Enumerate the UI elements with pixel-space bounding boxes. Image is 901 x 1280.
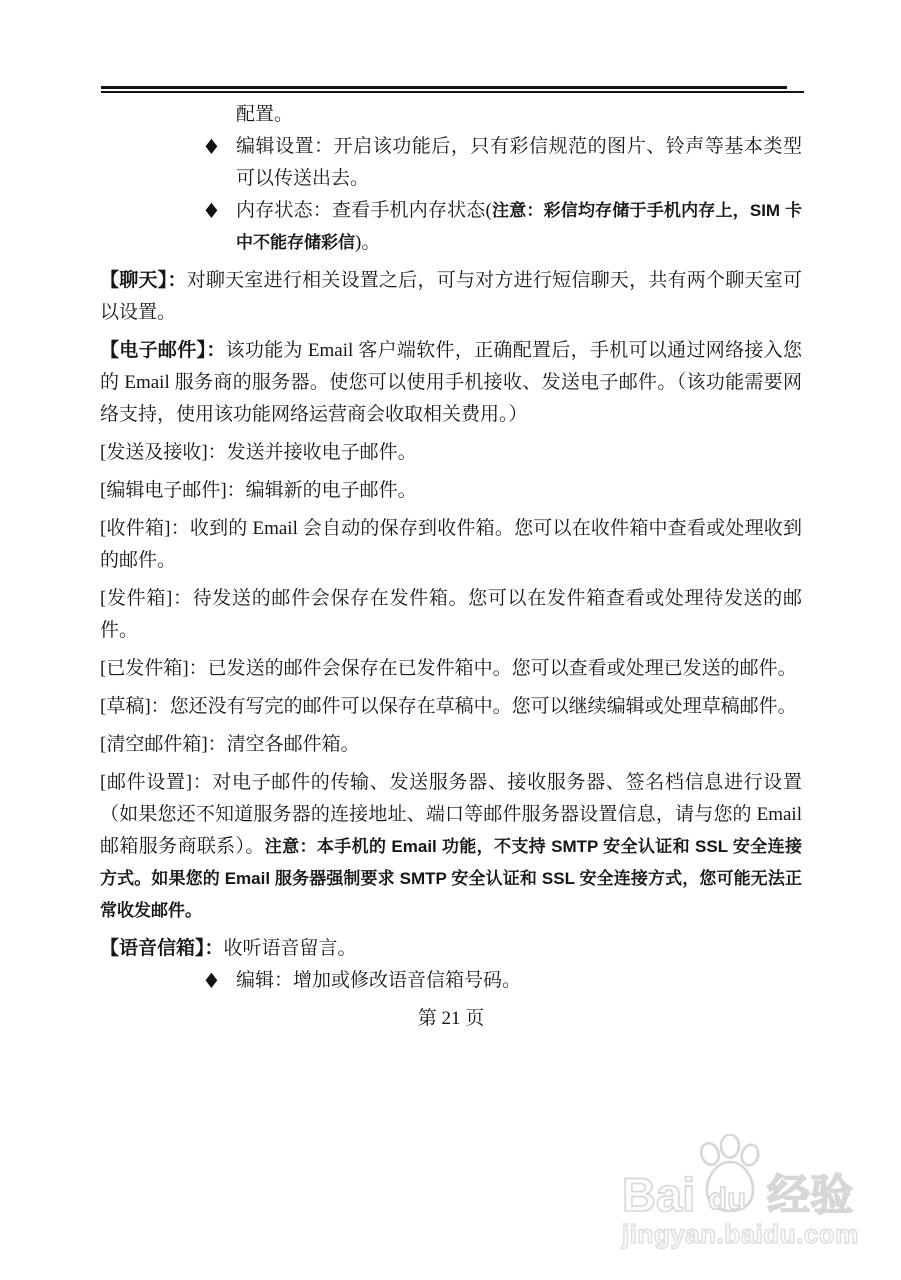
paragraph: [已发件箱]：已发送的邮件会保存在已发件箱中。您可以查看或处理已发送的邮件。	[100, 653, 802, 685]
paragraph: 【电子邮件】：该功能为 Email 客户端软件，正确配置后，手机可以通过网络接入…	[100, 335, 802, 431]
document-body: 配置。♦编辑设置：开启该功能后，只有彩信规范的图片、铃声等基本类型可以传送出去。…	[100, 99, 802, 1035]
body-text: 编辑设置：开启该功能后，只有彩信规范的图片、铃声等基本类型可以传送出去。	[236, 136, 802, 189]
body-text: 收听语音留言。	[224, 938, 357, 959]
body-text: [发送及接收]：发送并接收电子邮件。	[100, 442, 417, 463]
body-text: [发件箱]：待发送的邮件会保存在发件箱。您可以在发件箱查看或处理待发送的邮件。	[100, 588, 802, 641]
diamond-bullet-icon: ♦	[202, 195, 221, 227]
watermark-logo-row: Bai du 经验	[622, 1136, 892, 1216]
paragraph-heading: 【电子邮件】：	[100, 340, 226, 361]
bullet-item: ♦内存状态：查看手机内存状态(注意：彩信均存储于手机内存上，SIM 卡中不能存储…	[100, 195, 802, 259]
paragraph: 【聊天】：对聊天室进行相关设置之后，可与对方进行短信聊天，共有两个聊天室可以设置…	[100, 265, 802, 329]
watermark-jingyan-text: 经验	[767, 1176, 853, 1216]
paragraph: [发送及接收]：发送并接收电子邮件。	[100, 437, 802, 469]
bullet-item: ♦编辑：增加或修改语音信箱号码。	[100, 965, 802, 997]
watermark-du-text: du	[708, 1184, 746, 1214]
body-text: 编辑：增加或修改语音信箱号码。	[236, 970, 521, 991]
paragraph: 【语音信箱】：收听语音留言。	[100, 933, 802, 965]
body-text: [已发件箱]：已发送的邮件会保存在已发件箱中。您可以查看或处理已发送的邮件。	[100, 658, 797, 679]
page-number: 第 21 页	[100, 1003, 802, 1035]
diamond-bullet-icon: ♦	[202, 965, 221, 997]
paragraph: [邮件设置]：对电子邮件的传输、发送服务器、接收服务器、签名档信息进行设置（如果…	[100, 767, 802, 927]
watermark-bai-text: Bai	[622, 1174, 695, 1216]
body-text: 内存状态：查看手机内存状态(	[236, 200, 492, 221]
body-text: [收件箱]：收到的 Email 会自动的保存到收件箱。您可以在收件箱中查看或处理…	[100, 518, 802, 571]
baidu-jingyan-watermark: Bai du 经验 jingyan.baidu.com	[622, 1136, 892, 1250]
rule-thin-line	[101, 91, 804, 93]
paragraph-heading: 【语音信箱】：	[100, 938, 224, 959]
continued-paragraph: 配置。	[100, 99, 802, 131]
watermark-paw-du: du	[697, 1138, 763, 1216]
paragraph: [编辑电子邮件]：编辑新的电子邮件。	[100, 475, 802, 507]
body-text: 对聊天室进行相关设置之后，可与对方进行短信聊天，共有两个聊天室可以设置。	[100, 270, 802, 323]
paragraph: [收件箱]：收到的 Email 会自动的保存到收件箱。您可以在收件箱中查看或处理…	[100, 513, 802, 577]
paragraph: [发件箱]：待发送的邮件会保存在发件箱。您可以在发件箱查看或处理待发送的邮件。	[100, 583, 802, 647]
paragraph: [清空邮件箱]：清空各邮件箱。	[100, 729, 802, 761]
diamond-bullet-icon: ♦	[202, 131, 221, 163]
rule-thick-line	[101, 86, 787, 89]
body-text: 配置。	[236, 104, 293, 125]
watermark-url: jingyan.baidu.com	[622, 1219, 892, 1250]
body-text: )。	[355, 232, 380, 253]
body-text: [清空邮件箱]：清空各邮件箱。	[100, 734, 360, 755]
manual-page: 配置。♦编辑设置：开启该功能后，只有彩信规范的图片、铃声等基本类型可以传送出去。…	[0, 0, 901, 1280]
paragraph-heading: 【聊天】：	[100, 270, 187, 291]
body-text: [草稿]：您还没有写完的邮件可以保存在草稿中。您可以继续编辑或处理草稿邮件。	[100, 696, 797, 717]
body-text: [编辑电子邮件]：编辑新的电子邮件。	[100, 480, 417, 501]
header-double-rule	[101, 86, 804, 93]
bullet-item: ♦编辑设置：开启该功能后，只有彩信规范的图片、铃声等基本类型可以传送出去。	[100, 131, 802, 195]
paragraph: [草稿]：您还没有写完的邮件可以保存在草稿中。您可以继续编辑或处理草稿邮件。	[100, 691, 802, 723]
